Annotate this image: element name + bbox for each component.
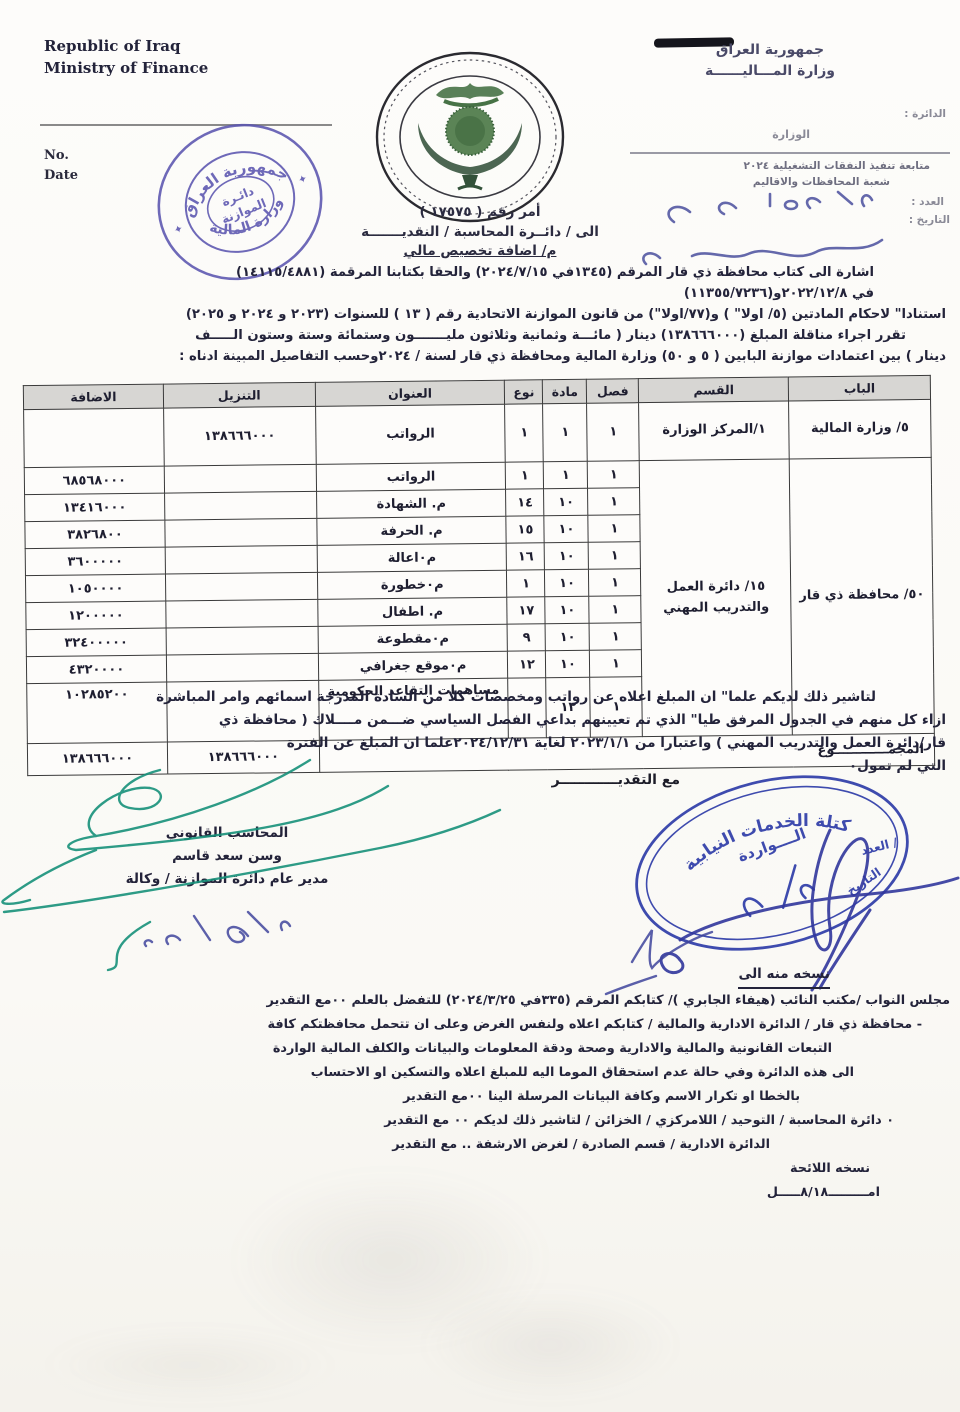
cc-line-8: نسخه اللائحة bbox=[10, 1157, 950, 1181]
cell-fasl: ١ bbox=[587, 403, 640, 462]
cell-idafa bbox=[24, 408, 165, 468]
cell-naw: ١٢ bbox=[508, 651, 546, 678]
cc-line-2: - محافظة ذي قار / الدائرة الادارية والما… bbox=[10, 1013, 950, 1037]
cell-title: الرواتب bbox=[315, 404, 505, 464]
cell-mada: ١٠ bbox=[545, 569, 589, 596]
no-date-labels: No. Date bbox=[44, 146, 78, 185]
cell-mada: ١٠ bbox=[545, 596, 589, 623]
cell-mada: ١ bbox=[543, 403, 588, 461]
col-mada: مادة bbox=[543, 379, 587, 403]
cc-line-1: مجلس النواب /مكتب النائب (هيفاء الجابري … bbox=[10, 989, 950, 1013]
cell-naw: ١ bbox=[507, 570, 545, 597]
cell-mada: ١ bbox=[544, 461, 588, 488]
dept-value: الوزارة bbox=[772, 128, 810, 141]
cell-tanzil bbox=[164, 491, 316, 520]
cc-line-3: التبعات القانونية والمالية والادارية وصح… bbox=[10, 1037, 950, 1061]
closing-line-1: لتاشير ذلك لديكم علما" ان المبلغ اعلاه ع… bbox=[14, 686, 946, 709]
header-right-rule bbox=[630, 152, 950, 154]
cell-idafa: ٣٢٤٠٠٠٠٠ bbox=[26, 628, 166, 657]
cell-title: م. الحرفة bbox=[317, 516, 507, 545]
col-bab: الباب bbox=[788, 375, 930, 401]
order-block: أمر رقم ( ١٧٥٧٥ ) الى / دائــرة المحاسبة… bbox=[0, 203, 960, 262]
cell-fasl: ١ bbox=[589, 542, 641, 570]
cc-section: نسخه منه الى مجلس النواب /مكتب النائب (ه… bbox=[10, 962, 950, 1205]
table-row: ٥/ وزارة المالية ١/المركز الوزارة ١ ١ ١ … bbox=[24, 399, 932, 467]
cell-idafa: ١٠٥٠٠٠٠ bbox=[25, 574, 165, 603]
scan-artifact bbox=[420, 1290, 680, 1400]
header-arabic-country: جمهورية العراق bbox=[640, 40, 900, 61]
closing-line-2: ازاء كل منهم في الجدول المرفق طيا" الذي … bbox=[14, 709, 946, 732]
cc-line-5: بالخطا او تكرار الاسم وكافة البيانات الم… bbox=[10, 1085, 950, 1109]
cell-tanzil bbox=[165, 545, 317, 574]
cell-fasl: ١ bbox=[589, 623, 641, 651]
cell-title: م٠موقع جغرافي bbox=[318, 651, 508, 680]
cell-title: م٠مقطوعة bbox=[318, 624, 508, 653]
intro-line-1: اشارة الى كتاب محافظة ذي قار المرقم (١٣٤… bbox=[14, 262, 946, 283]
cell-title: م٠اعالة bbox=[317, 543, 507, 572]
cell-mada: ١٠ bbox=[545, 542, 589, 569]
cell-tanzil: ١٣٨٦٦٦٠٠٠ bbox=[163, 406, 315, 466]
cell-fasl: ١ bbox=[588, 488, 640, 516]
cell-fasl: ١ bbox=[589, 596, 641, 624]
cell-idafa: ٤٣٢٠٠٠٠ bbox=[26, 655, 166, 684]
col-fasl: فصل bbox=[587, 379, 639, 404]
cc-heading: نسخه منه الى bbox=[738, 962, 830, 989]
cell-tanzil bbox=[164, 464, 316, 493]
intro-line-2: في ٢٠٢٢/١٢/٨و(١١٣٥٥/٧٢٣٦) bbox=[14, 283, 946, 304]
cell-naw: ١ bbox=[506, 462, 544, 489]
cell-fasl: ١ bbox=[588, 515, 640, 543]
cell-idafa: ١٢٠٠٠٠٠ bbox=[26, 601, 166, 630]
cell-title: الرواتب bbox=[316, 462, 506, 491]
cell-mada: ١٠ bbox=[546, 623, 590, 650]
col-qism: القسم bbox=[639, 377, 789, 403]
ref-line-1: متابعة تنفيذ النفقات التشغيلية ٢٠٢٤ bbox=[744, 160, 930, 172]
cell-idafa: ١٣٤١٦٠٠٠ bbox=[25, 493, 165, 522]
cell-idafa: ٦٨٥٦٨٠٠٠ bbox=[24, 466, 164, 495]
cc-line-4: الى هذه الدائرة وفي حالة عدم استحقاق الم… bbox=[10, 1061, 950, 1085]
cell-fasl: ١ bbox=[588, 461, 640, 489]
bab-ministry: ٥/ وزارة المالية bbox=[789, 399, 931, 459]
scan-artifact bbox=[40, 1330, 340, 1400]
header-english-ministry: Ministry of Finance bbox=[44, 58, 208, 80]
qism-ministry-center: ١/المركز الوزارة bbox=[639, 401, 789, 461]
purple-stamp-star-right: ✦ bbox=[296, 172, 309, 188]
cell-title: م٠خطورة bbox=[317, 570, 507, 599]
col-title: العنوان bbox=[315, 380, 505, 406]
scanned-document-page: Republic of Iraq Ministry of Finance No.… bbox=[0, 0, 960, 1412]
ministry-emblem bbox=[372, 48, 568, 226]
cell-tanzil bbox=[166, 626, 318, 655]
cell-naw: ١٥ bbox=[506, 516, 544, 543]
intro-paragraph: اشارة الى كتاب محافظة ذي قار المرقم (١٣٤… bbox=[14, 262, 946, 367]
intro-line-4: تقرر اجراء مناقلة المبلغ (١٣٨٦٦٦٠٠٠) دين… bbox=[14, 325, 946, 346]
intro-line-3: استنادا" لاحكام المادتين (٥/ اولا" ) و(٧… bbox=[14, 304, 946, 325]
col-naw: نوع bbox=[505, 380, 543, 404]
cell-title: م. اطفال bbox=[317, 597, 507, 626]
cell-title: م. الشهادة bbox=[316, 489, 506, 518]
cell-fasl: ١ bbox=[589, 569, 641, 597]
cc-line-7: الدائرة الادارية / قسم الصادرة / لغرض ال… bbox=[10, 1133, 950, 1157]
cell-idafa: ٣٦٠٠٠٠٠ bbox=[25, 547, 165, 576]
dept-label: الدائرة : bbox=[904, 108, 946, 120]
cell-naw: ١٦ bbox=[507, 543, 545, 570]
cell-mada: ١٠ bbox=[544, 515, 588, 542]
cell-tanzil bbox=[165, 572, 317, 601]
handwritten-date-signature bbox=[140, 896, 310, 952]
cell-idafa: ٣٨٢٦٨٠٠ bbox=[25, 520, 165, 549]
order-subject: م/ اضافة تخصيص مالي bbox=[0, 242, 960, 262]
no-label: No. bbox=[44, 146, 78, 166]
cc-line-6: ٠ دائرة المحاسبة / التوحيد / اللامركزي /… bbox=[10, 1109, 950, 1133]
intro-line-5: دينار ) بين اعتمادات موازنة البابين ( ٥ … bbox=[14, 346, 946, 367]
cell-naw: ١٧ bbox=[507, 597, 545, 624]
cell-mada: ١٠ bbox=[546, 650, 590, 677]
header-arabic-ministry: وزارة المـــاليــــــة bbox=[640, 61, 900, 82]
header-arabic: جمهورية العراق وزارة المـــاليــــــة bbox=[640, 40, 900, 82]
cell-tanzil bbox=[165, 518, 317, 547]
header-english-country: Republic of Iraq bbox=[44, 36, 208, 58]
cell-fasl: ١ bbox=[590, 650, 642, 678]
cell-tanzil bbox=[166, 599, 318, 628]
col-tanzil: التنزيل bbox=[163, 382, 315, 408]
cell-tanzil bbox=[166, 653, 318, 682]
header-english: Republic of Iraq Ministry of Finance bbox=[44, 36, 208, 80]
cell-naw: ٩ bbox=[508, 624, 546, 651]
date-label: Date bbox=[44, 166, 78, 186]
cell-naw: ١ bbox=[505, 404, 544, 462]
cell-mada: ١٠ bbox=[544, 488, 588, 515]
col-idafa: الاضافة bbox=[23, 384, 163, 410]
cell-naw: ١٤ bbox=[506, 489, 544, 516]
order-number: أمر رقم ( ١٧٥٧٥ ) bbox=[0, 203, 960, 223]
order-to-line: الى / دائــرة المحاسبة / النقديـــــــة bbox=[0, 223, 960, 243]
